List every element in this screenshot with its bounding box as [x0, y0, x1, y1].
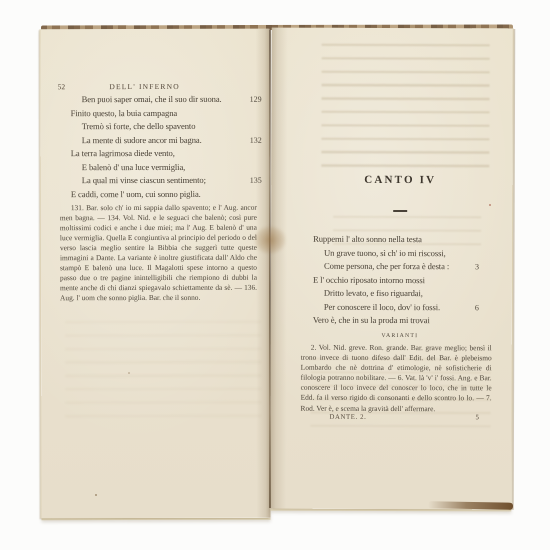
verse-text: Per conoscere il loco, dov' io fossi.	[324, 300, 440, 314]
verse-text: Tremò sì forte, che dello spavento	[82, 120, 196, 134]
verse-block-left: Ben puoi saper omai, che il suo dir suon…	[71, 93, 262, 201]
verse-text: Ruppemi l' alto sonno nella testa	[313, 233, 422, 247]
verse-text: La terra lagrimosa diede vento,	[71, 147, 175, 161]
verse-line: Vero è, che in su la proda mi trovai	[313, 314, 479, 328]
bottom-deckle-edge	[428, 501, 513, 509]
canto-title: CANTO IV	[313, 174, 487, 187]
verse-number: 135	[250, 174, 262, 188]
left-page-number: 52	[58, 82, 66, 91]
verse-text: E balenò d' una luce vermiglia,	[82, 160, 185, 174]
left-page: 52 DELL' INFERNO Ben puoi saper omai, ch…	[40, 29, 270, 518]
verse-line: E l' occhio riposato intorno mossi	[313, 273, 479, 287]
verse-text: Ben puoi saper omai, che il suo dir suon…	[82, 93, 222, 107]
verse-line: Tremò sì forte, che dello spavento	[71, 120, 262, 134]
running-title: DELL' INFERNO	[57, 82, 233, 91]
verse-line: E caddi, come l' uom, cui sonno piglia.	[71, 187, 262, 201]
verse-line: Finito questo, la buia campagna	[71, 106, 262, 120]
show-through-text	[65, 321, 261, 427]
verse-text: Un grave tuono, sì ch' io mi riscossi,	[324, 246, 446, 260]
verse-text: La mente di sudore ancor mi bagna.	[82, 133, 202, 147]
verse-line: La qual mi vinse ciascun sentimento; 135	[71, 174, 262, 188]
book-gutter	[269, 30, 271, 508]
foxing-speck	[128, 372, 130, 374]
variants-text: 2. Vol. Nid. greve. Ron. grande. Bar. gr…	[301, 343, 492, 414]
foxing-speck	[95, 494, 97, 496]
printer-signature: DANTE. 2.	[330, 414, 367, 421]
verse-line: Per conoscere il loco, dov' io fossi. 6	[313, 300, 479, 314]
verse-line: Ben puoi saper omai, che il suo dir suon…	[71, 93, 262, 107]
verse-line: La terra lagrimosa diede vento,	[71, 147, 262, 161]
verse-line: E balenò d' una luce vermiglia,	[71, 160, 262, 174]
commentary-footnote: 131. Bar. solo ch' io mi sappia dallo sp…	[60, 203, 257, 303]
verse-text: E l' occhio riposato intorno mossi	[313, 273, 425, 287]
verse-number: 129	[250, 93, 262, 107]
book-photograph: 52 DELL' INFERNO Ben puoi saper omai, ch…	[0, 0, 550, 550]
verse-text: Dritto levato, e fiso riguardai,	[324, 287, 423, 301]
verse-text: Vero è, che in su la proda mi trovai	[313, 314, 430, 328]
foxing-stain	[254, 226, 286, 254]
verse-text: E caddi, come l' uom, cui sonno piglia.	[71, 187, 201, 201]
verse-line: La mente di sudore ancor mi bagna. 132	[71, 133, 262, 147]
right-page: CANTO IV Ruppemi l' alto sonno nella tes…	[270, 28, 513, 510]
foxing-speck	[489, 204, 491, 206]
verse-number: 6	[475, 301, 479, 315]
running-head: 52 DELL' INFERNO	[57, 82, 257, 91]
verse-line: Un grave tuono, sì ch' io mi riscossi,	[313, 246, 479, 260]
verse-number: 3	[475, 260, 479, 274]
verse-text: La qual mi vinse ciascun sentimento;	[82, 174, 206, 188]
variants-heading: VARIANTI	[313, 333, 487, 340]
show-through-text	[321, 44, 489, 173]
verse-line: Dritto levato, e fiso riguardai,	[313, 287, 479, 301]
verse-line: Ruppemi l' alto sonno nella testa	[313, 233, 479, 247]
canto-divider-rule	[393, 210, 407, 212]
gathering-mark: 5	[476, 414, 480, 421]
verse-number: 132	[250, 133, 262, 147]
verse-block-right: Ruppemi l' alto sonno nella testa Un gra…	[313, 233, 479, 328]
verse-text: Finito questo, la buia campagna	[71, 106, 177, 120]
verse-text: Come persona, che per forza è desta :	[324, 260, 449, 274]
verse-line: Come persona, che per forza è desta : 3	[313, 260, 479, 274]
page-footer: DANTE. 2. 5	[302, 414, 493, 422]
